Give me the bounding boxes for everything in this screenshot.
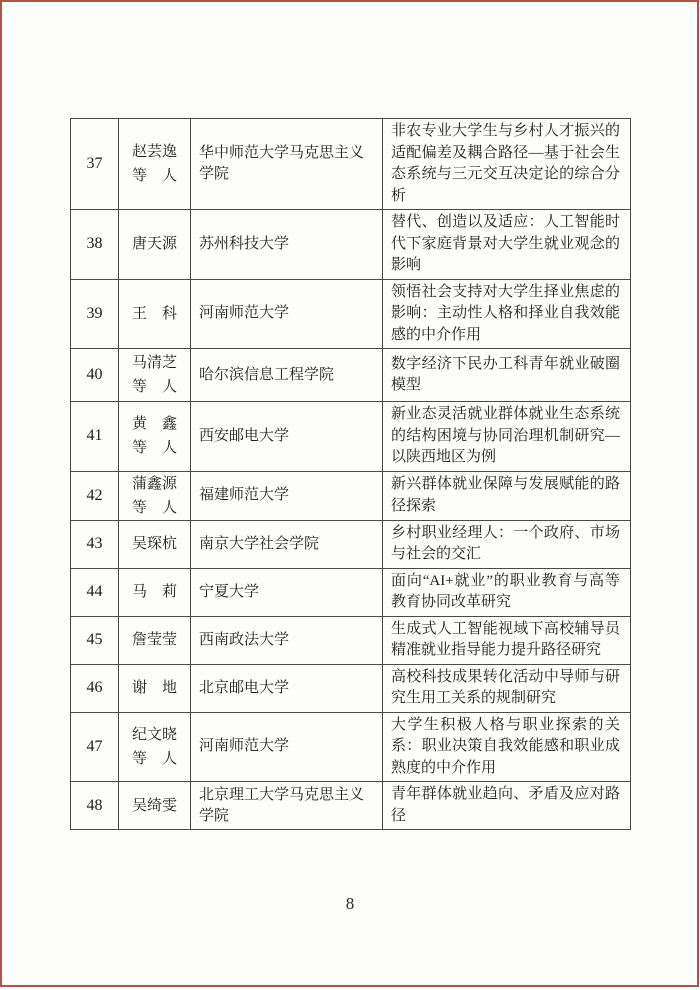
title-cell: 新业态灵活就业群体就业生态系统的结构困境与协同治理机制研究—以陕西地区为例 <box>383 402 631 472</box>
name-cell: 马清芝 等 人 <box>119 349 191 402</box>
name-cell: 吴琛杭 <box>119 520 191 568</box>
table-row: 44马 莉宁夏大学面向“AI+就业”的职业教育与高等教育协同改革研究 <box>71 568 631 616</box>
affiliation-cell: 华中师范大学马克思主义学院 <box>191 119 383 210</box>
table-row: 42蒲鑫源 等 人福建师范大学新兴群体就业保障与发展赋能的路径探索 <box>71 471 631 520</box>
table-row: 38唐天源苏州科技大学替代、创造以及适应：人工智能时代下家庭背景对大学生就业观念… <box>71 210 631 280</box>
title-cell: 大学生积极人格与职业探索的关系：职业决策自我效能感和职业成熟度的中介作用 <box>383 712 631 782</box>
title-cell: 高校科技成果转化活动中导师与研究生用工关系的规制研究 <box>383 664 631 712</box>
table-row: 43吴琛杭南京大学社会学院乡村职业经理人：一个政府、市场与社会的交汇 <box>71 520 631 568</box>
name-cell: 吴绮雯 <box>119 782 191 830</box>
row-number-cell: 42 <box>71 471 119 520</box>
affiliation-cell: 北京邮电大学 <box>191 664 383 712</box>
title-cell: 领悟社会支持对大学生择业焦虑的影响：主动性人格和择业自我效能感的中介作用 <box>383 279 631 349</box>
table-row: 48吴绮雯北京理工大学马克思主义学院青年群体就业趋向、矛盾及应对路径 <box>71 782 631 830</box>
affiliation-cell: 西安邮电大学 <box>191 402 383 472</box>
title-cell: 替代、创造以及适应：人工智能时代下家庭背景对大学生就业观念的影响 <box>383 210 631 280</box>
table-row: 41黄 鑫 等 人西安邮电大学新业态灵活就业群体就业生态系统的结构困境与协同治理… <box>71 402 631 472</box>
name-cell: 马 莉 <box>119 568 191 616</box>
row-number-cell: 41 <box>71 402 119 472</box>
affiliation-cell: 宁夏大学 <box>191 568 383 616</box>
name-cell: 詹莹莹 <box>119 616 191 664</box>
table-row: 39王 科河南师范大学领悟社会支持对大学生择业焦虑的影响：主动性人格和择业自我效… <box>71 279 631 349</box>
affiliation-cell: 苏州科技大学 <box>191 210 383 280</box>
affiliation-cell: 南京大学社会学院 <box>191 520 383 568</box>
row-number-cell: 45 <box>71 616 119 664</box>
title-cell: 青年群体就业趋向、矛盾及应对路径 <box>383 782 631 830</box>
affiliation-cell: 西南政法大学 <box>191 616 383 664</box>
row-number-cell: 43 <box>71 520 119 568</box>
row-number-cell: 44 <box>71 568 119 616</box>
row-number-cell: 38 <box>71 210 119 280</box>
title-cell: 非农专业大学生与乡村人才振兴的适配偏差及耦合路径—基于社会生态系统与三元交互决定… <box>383 119 631 210</box>
table-row: 37赵芸逸 等 人华中师范大学马克思主义学院非农专业大学生与乡村人才振兴的适配偏… <box>71 119 631 210</box>
row-number-cell: 40 <box>71 349 119 402</box>
row-number-cell: 46 <box>71 664 119 712</box>
affiliation-cell: 哈尔滨信息工程学院 <box>191 349 383 402</box>
table-row: 46谢 地北京邮电大学高校科技成果转化活动中导师与研究生用工关系的规制研究 <box>71 664 631 712</box>
affiliation-cell: 北京理工大学马克思主义学院 <box>191 782 383 830</box>
name-cell: 唐天源 <box>119 210 191 280</box>
row-number-cell: 47 <box>71 712 119 782</box>
row-number-cell: 48 <box>71 782 119 830</box>
title-cell: 乡村职业经理人：一个政府、市场与社会的交汇 <box>383 520 631 568</box>
row-number-cell: 37 <box>71 119 119 210</box>
row-number-cell: 39 <box>71 279 119 349</box>
table-row: 45詹莹莹西南政法大学生成式人工智能视域下高校辅导员精准就业指导能力提升路径研究 <box>71 616 631 664</box>
title-cell: 数字经济下民办工科青年就业破圈模型 <box>383 349 631 402</box>
name-cell: 纪文晓 等 人 <box>119 712 191 782</box>
affiliation-cell: 河南师范大学 <box>191 712 383 782</box>
table-body: 37赵芸逸 等 人华中师范大学马克思主义学院非农专业大学生与乡村人才振兴的适配偏… <box>71 119 631 830</box>
title-cell: 面向“AI+就业”的职业教育与高等教育协同改革研究 <box>383 568 631 616</box>
title-cell: 生成式人工智能视域下高校辅导员精准就业指导能力提升路径研究 <box>383 616 631 664</box>
affiliation-cell: 河南师范大学 <box>191 279 383 349</box>
name-cell: 赵芸逸 等 人 <box>119 119 191 210</box>
name-cell: 王 科 <box>119 279 191 349</box>
table-row: 40马清芝 等 人哈尔滨信息工程学院数字经济下民办工科青年就业破圈模型 <box>71 349 631 402</box>
name-cell: 蒲鑫源 等 人 <box>119 471 191 520</box>
award-list-table: 37赵芸逸 等 人华中师范大学马克思主义学院非农专业大学生与乡村人才振兴的适配偏… <box>70 118 631 830</box>
page-number: 8 <box>0 894 700 914</box>
document-page: 37赵芸逸 等 人华中师范大学马克思主义学院非农专业大学生与乡村人才振兴的适配偏… <box>0 0 700 990</box>
name-cell: 谢 地 <box>119 664 191 712</box>
name-cell: 黄 鑫 等 人 <box>119 402 191 472</box>
title-cell: 新兴群体就业保障与发展赋能的路径探索 <box>383 471 631 520</box>
affiliation-cell: 福建师范大学 <box>191 471 383 520</box>
table-row: 47纪文晓 等 人河南师范大学大学生积极人格与职业探索的关系：职业决策自我效能感… <box>71 712 631 782</box>
